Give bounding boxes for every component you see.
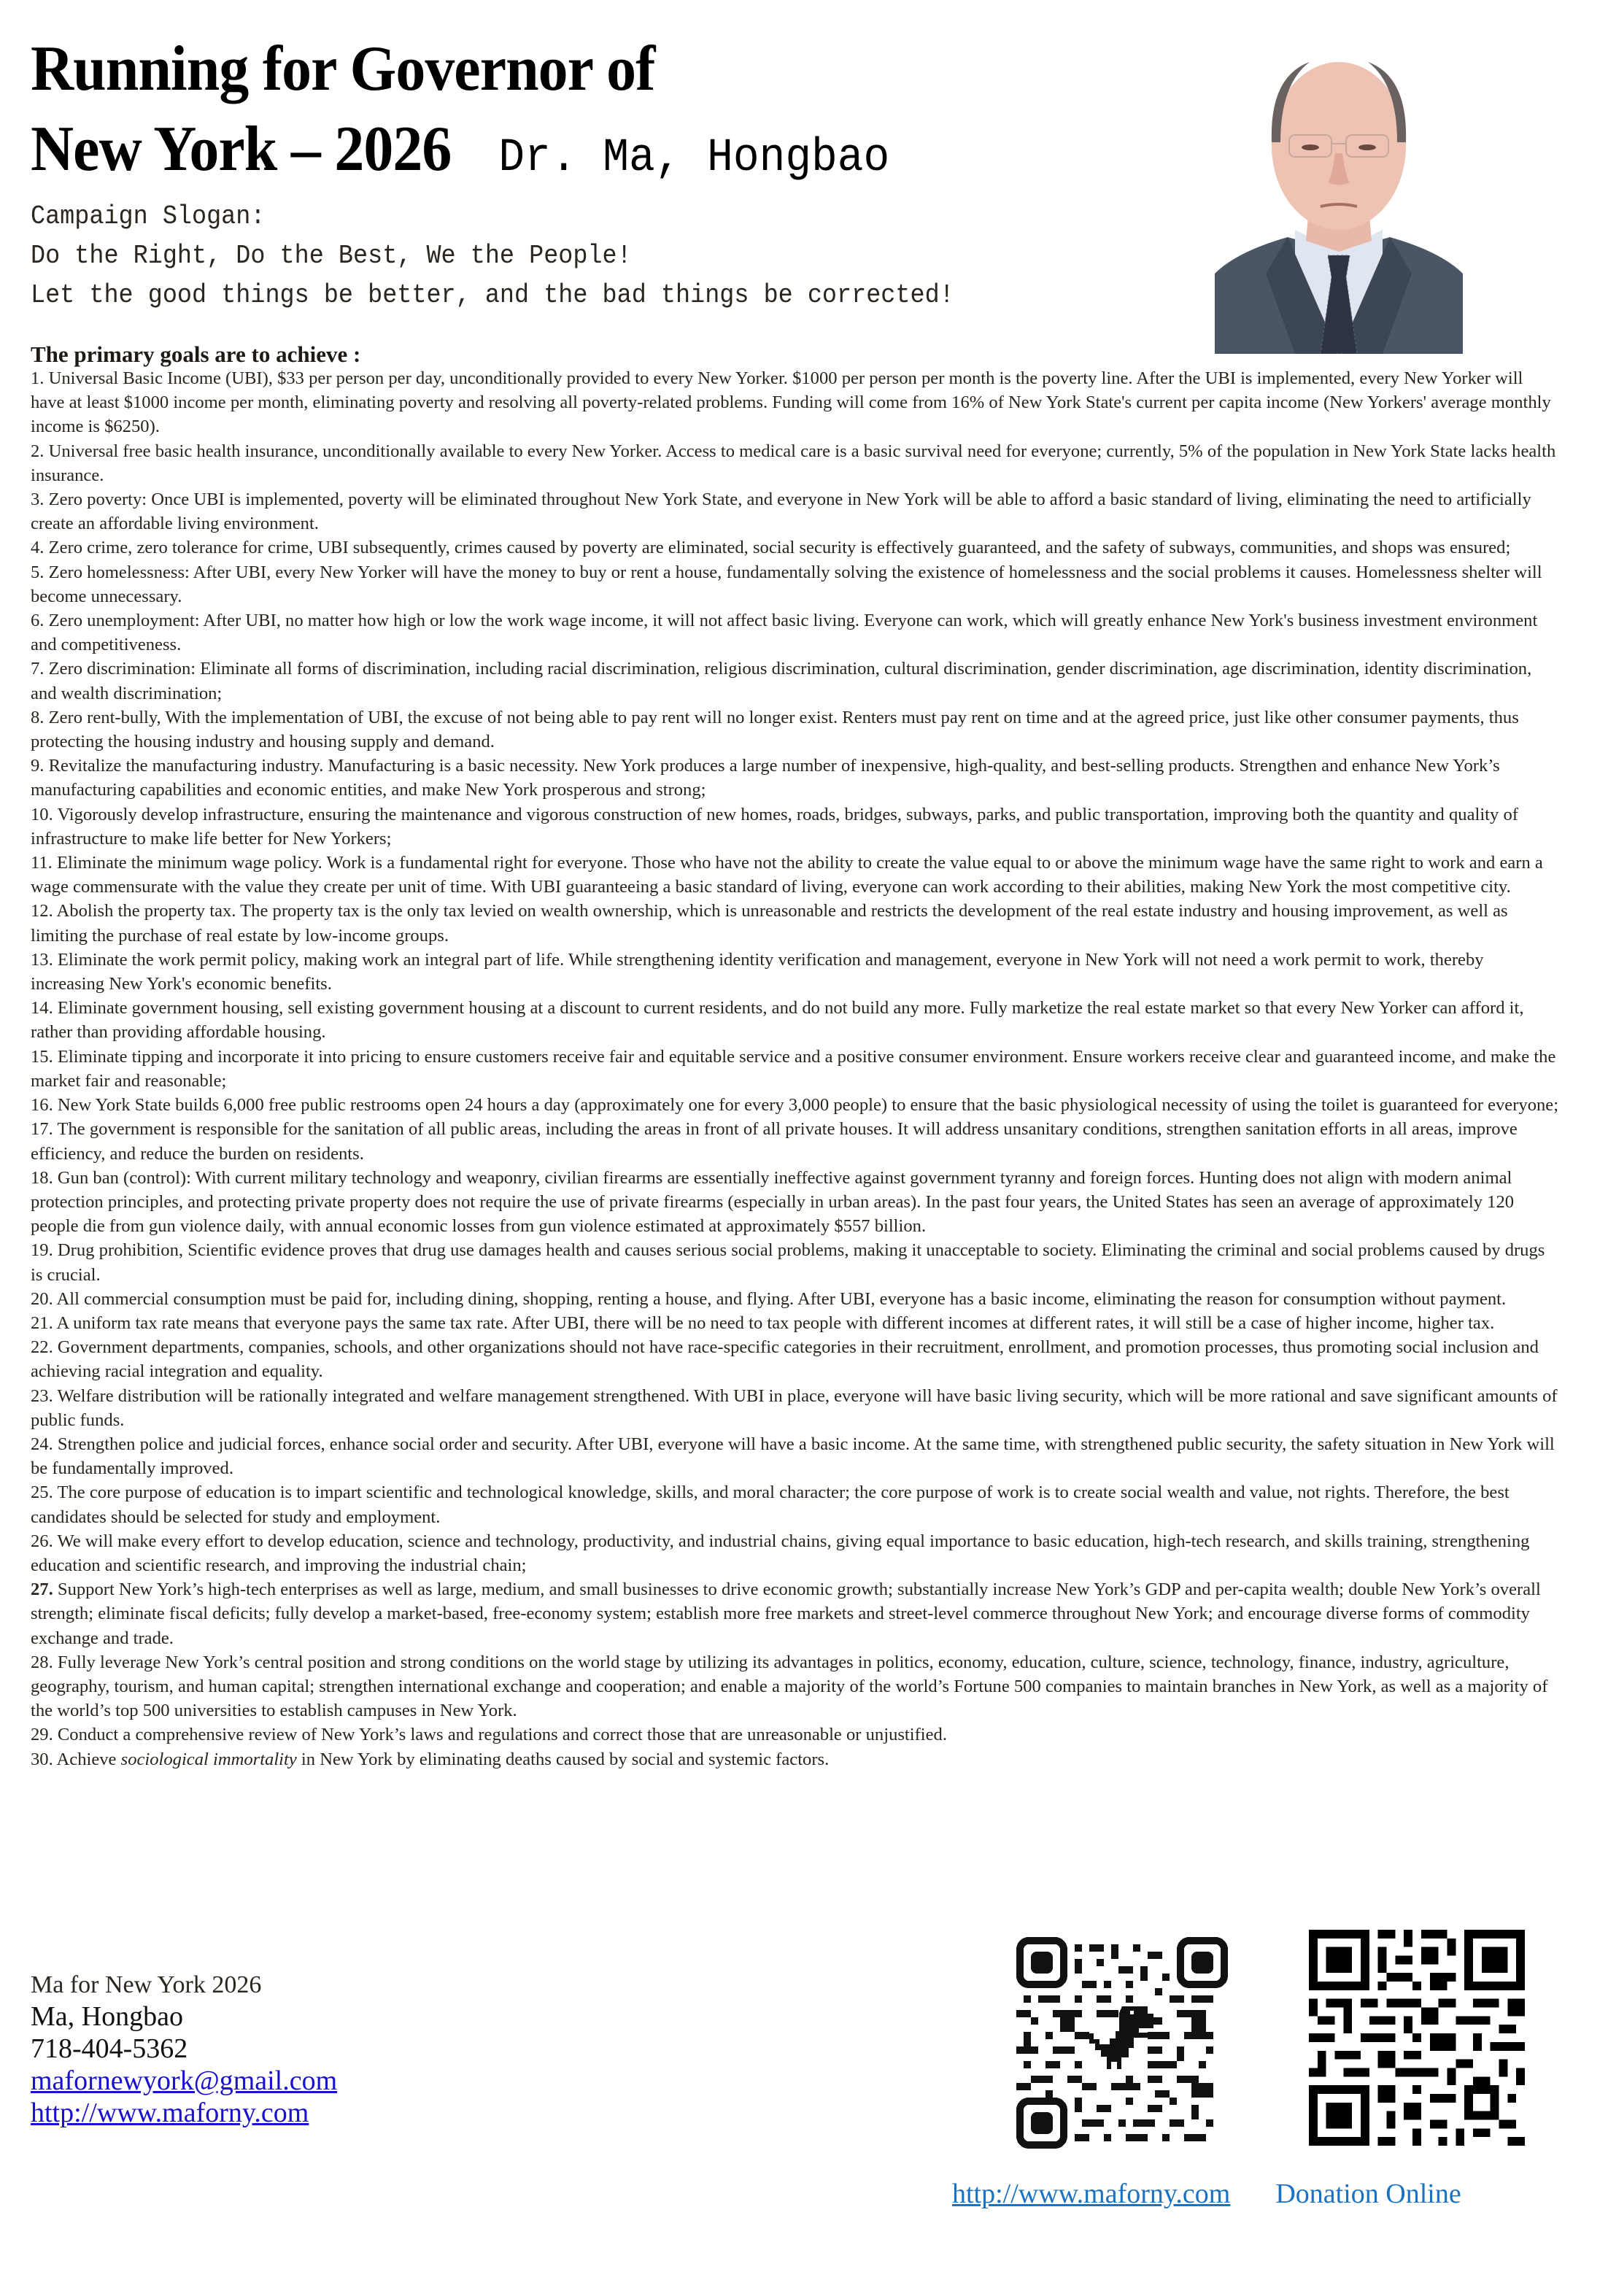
goal-item: 19. Drug prohibition, Scientific evidenc… [31, 1238, 1559, 1286]
candidate-name: Dr. Ma, Hongbao [498, 132, 889, 185]
goal-item: 13. Eliminate the work permit policy, ma… [31, 948, 1559, 996]
goal-item: 20. All commercial consumption must be p… [31, 1287, 1559, 1311]
contact-name: Ma, Hongbao [31, 2001, 337, 2033]
goals-section: The primary goals are to achieve : 1. Un… [31, 340, 1559, 1771]
goal-item: 6. Zero unemployment: After UBI, no matt… [31, 608, 1559, 657]
goals-heading: The primary goals are to achieve : [31, 340, 1559, 369]
goal-item: 9. Revitalize the manufacturing industry… [31, 754, 1559, 802]
qr-code-website[interactable] [1016, 1937, 1228, 2149]
email-link[interactable]: mafornewyork@gmail.com [31, 2065, 337, 2097]
goal-item: 4. Zero crime, zero tolerance for crime,… [31, 536, 1559, 560]
goal-item: 27. Support New York’s high-tech enterpr… [31, 1577, 1559, 1650]
title-line-2: New York – 2026Dr. Ma, Hongbao [31, 109, 889, 198]
campaign-flyer: Running for Governor of New York – 2026D… [0, 0, 1608, 2296]
goal-item: 28. Fully leverage New York’s central po… [31, 1650, 1559, 1723]
candidate-photo [1207, 33, 1470, 354]
qr-code-icon [1308, 1930, 1526, 2146]
goal-item: 2. Universal free basic health insurance… [31, 439, 1559, 487]
website-link-bottom[interactable]: http://www.maforny.com [952, 2179, 1230, 2209]
title-line-2-text: New York – 2026 [31, 114, 451, 185]
goal-item: 25. The core purpose of education is to … [31, 1480, 1559, 1528]
goal-item: 5. Zero homelessness: After UBI, every N… [31, 560, 1559, 608]
campaign-slogan: Campaign Slogan: Do the Right, Do the Be… [31, 197, 954, 315]
qr-code-with-dinosaur-icon [1016, 1937, 1228, 2149]
contact-info: Ma for New York 2026 Ma, Hongbao 718-404… [31, 1970, 337, 2129]
goal-item: 29. Conduct a comprehensive review of Ne… [31, 1723, 1559, 1747]
slogan-label: Campaign Slogan: [31, 197, 954, 236]
emphasis-text: sociological immortality [121, 1750, 297, 1769]
website-link[interactable]: http://www.maforny.com [31, 2097, 337, 2129]
goal-item: 18. Gun ban (control): With current mili… [31, 1166, 1559, 1239]
goal-item: 3. Zero poverty: Once UBI is implemented… [31, 487, 1559, 536]
portrait-icon [1207, 33, 1470, 354]
goal-item: 23. Welfare distribution will be rationa… [31, 1384, 1559, 1432]
bottom-links: http://www.maforny.comDonation Online [952, 2178, 1461, 2210]
goal-item: 8. Zero rent-bully, With the implementat… [31, 706, 1559, 754]
page-title: Running for Governor of New York – 2026D… [31, 29, 889, 198]
goal-item: 22. Government departments, companies, s… [31, 1335, 1559, 1383]
title-line-1: Running for Governor of [31, 29, 889, 109]
goal-item: 12. Abolish the property tax. The proper… [31, 899, 1559, 947]
goal-item: 16. New York State builds 6,000 free pub… [31, 1093, 1559, 1117]
goal-item: 26. We will make every effort to develop… [31, 1529, 1559, 1577]
slogan-line-1: Do the Right, Do the Best, We the People… [31, 236, 954, 276]
campaign-organization: Ma for New York 2026 [31, 1970, 337, 2001]
goals-list: 1. Universal Basic Income (UBI), $33 per… [31, 366, 1559, 1771]
goal-item: 1. Universal Basic Income (UBI), $33 per… [31, 366, 1559, 439]
goal-item: 7. Zero discrimination: Eliminate all fo… [31, 657, 1559, 705]
goal-item: 15. Eliminate tipping and incorporate it… [31, 1045, 1559, 1093]
goal-item: 10. Vigorously develop infrastructure, e… [31, 803, 1559, 851]
contact-phone: 718-404-5362 [31, 2033, 337, 2065]
slogan-line-2: Let the good things be better, and the b… [31, 276, 954, 315]
qr-code-donation[interactable] [1308, 1930, 1526, 2146]
goal-item: 14. Eliminate government housing, sell e… [31, 996, 1559, 1044]
goal-item: 24. Strengthen police and judicial force… [31, 1432, 1559, 1480]
goal-item: 30. Achieve sociological immortality in … [31, 1747, 1559, 1771]
donation-online-link[interactable]: Donation Online [1275, 2179, 1461, 2209]
goal-item: 11. Eliminate the minimum wage policy. W… [31, 851, 1559, 899]
goal-item: 21. A uniform tax rate means that everyo… [31, 1311, 1559, 1335]
goal-item: 17. The government is responsible for th… [31, 1117, 1559, 1165]
